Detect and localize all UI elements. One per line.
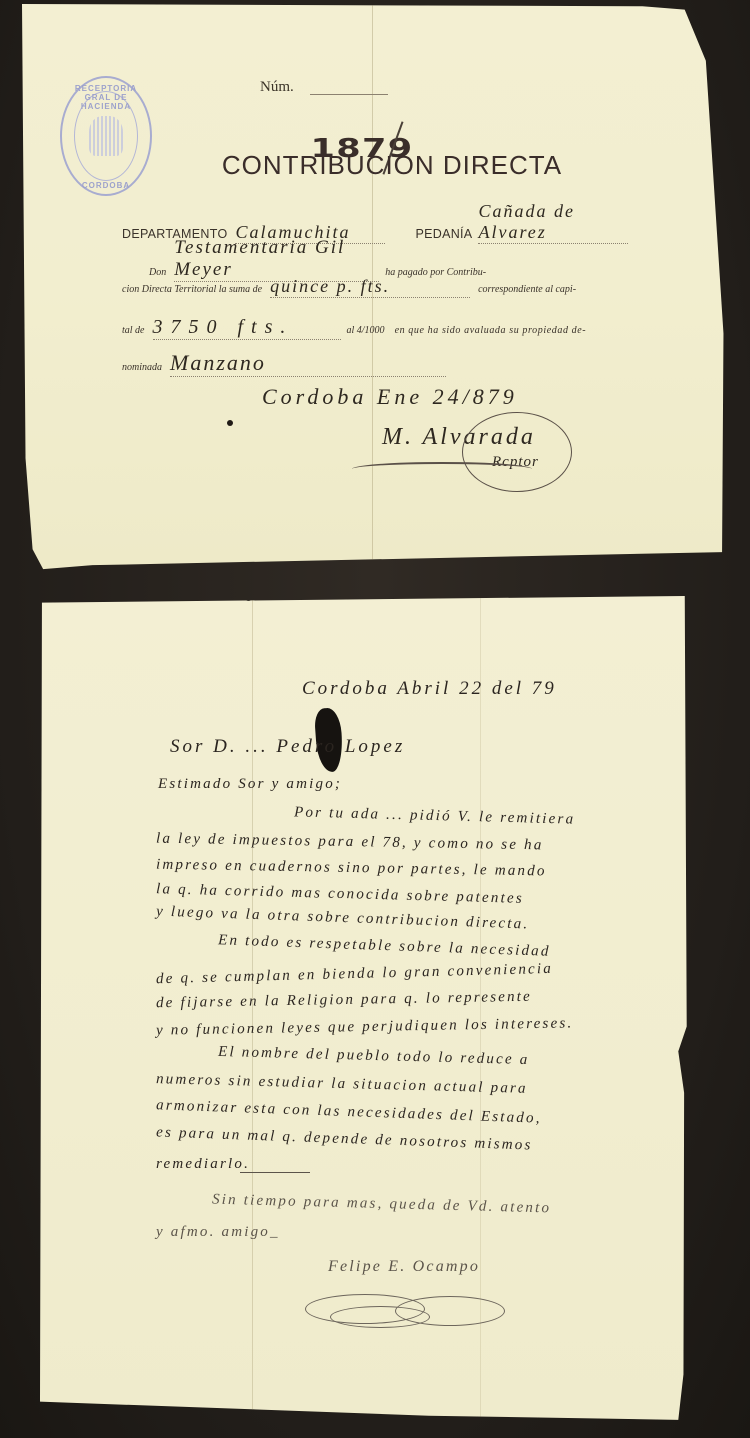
letter-body-line: la q. ha corrido mas conocida sobre pate… (156, 881, 524, 908)
propiedad-value: Manzano (170, 350, 446, 377)
letter-body-line: es para un mal q. depende de nosotros mi… (156, 1124, 533, 1154)
line2-prefix: cion Directa Territorial la suma de (122, 284, 262, 295)
letter-body-line: impreso en cuadernos sino por partes, le… (156, 857, 547, 881)
capital-value: 3750 fts. (153, 316, 341, 340)
line3-prefix: tal de (122, 325, 145, 336)
letter-body-line: de q. se cumplan en bienda lo gran conve… (156, 961, 553, 988)
tax-receipt-document: RECEPTORIA GRAL DE HACIENDA CORDOBA Núm.… (22, 4, 727, 572)
letter-signature: Felipe E. Ocampo (328, 1258, 480, 1276)
letter-date: Cordoba Abril 22 del 79 (302, 678, 557, 700)
letter-body-line: y luego va la otra sobre contribucion di… (156, 903, 530, 933)
capital-row: tal de 3750 fts. al 4/1000 en que ha sid… (122, 316, 722, 340)
document-title: CONTRIBUCION DIRECTA (172, 150, 612, 181)
letter-closing-line: y afmo. amigo_ (156, 1224, 280, 1241)
letter-body-line: En todo es respetable sobre la necesidad (218, 932, 551, 961)
stamp-top-text: RECEPTORIA GRAL DE HACIENDA (62, 84, 150, 111)
stamp-bottom-text: CORDOBA (62, 181, 150, 190)
line4-prefix: nominada (122, 362, 162, 373)
propiedad-row: nominada Manzano (122, 350, 722, 377)
letter-body-line: remediarlo. (156, 1156, 250, 1173)
letter-body-line: la ley de impuestos para el 78, y como n… (156, 831, 544, 855)
signature-flourish (462, 412, 572, 492)
signature-flourish (395, 1296, 505, 1326)
letter-body-line: de fijarse en la Religion para q. lo rep… (156, 989, 532, 1013)
num-label: Núm. (260, 79, 294, 96)
letter-body-line: armonizar esta con las necesidades del E… (156, 1097, 542, 1127)
handwritten-letter: Cordoba Abril 22 del 79 Sor D. ... Pedro… (40, 596, 688, 1424)
letter-salutation: Sor D. ... Pedro Lopez (170, 736, 405, 758)
hacienda-stamp: RECEPTORIA GRAL DE HACIENDA CORDOBA (60, 76, 152, 196)
letter-body-line: El nombre del pueblo todo lo reduce a (218, 1044, 530, 1069)
ink-dot (227, 420, 233, 426)
num-field (310, 94, 388, 95)
coat-of-arms-icon (89, 116, 123, 156)
line3-suffix: en que ha sido avaluada su propiedad de- (395, 325, 587, 336)
suma-row: cion Directa Territorial la suma de quin… (122, 276, 722, 298)
signature-underline (352, 462, 532, 476)
letter-body-line: Por tu ada ... pidió V. le remitiera (294, 804, 576, 828)
closing-rule (240, 1172, 310, 1173)
letter-body-line: y no funcionen leyes que perjudiquen los… (156, 1015, 574, 1039)
letter-greeting: Estimado Sor y amigo; (158, 776, 342, 793)
line2-suffix: correspondiente al capi- (478, 284, 576, 295)
letter-closing-line: Sin tiempo para mas, queda de Vd. atento (212, 1192, 552, 1218)
rate-text: al 4/1000 (347, 325, 385, 336)
suma-value: quince p. fts. (270, 276, 470, 298)
receipt-date: Cordoba Ene 24/879 (262, 384, 518, 410)
letter-body-line: numeros sin estudiar la situacion actual… (156, 1071, 528, 1098)
